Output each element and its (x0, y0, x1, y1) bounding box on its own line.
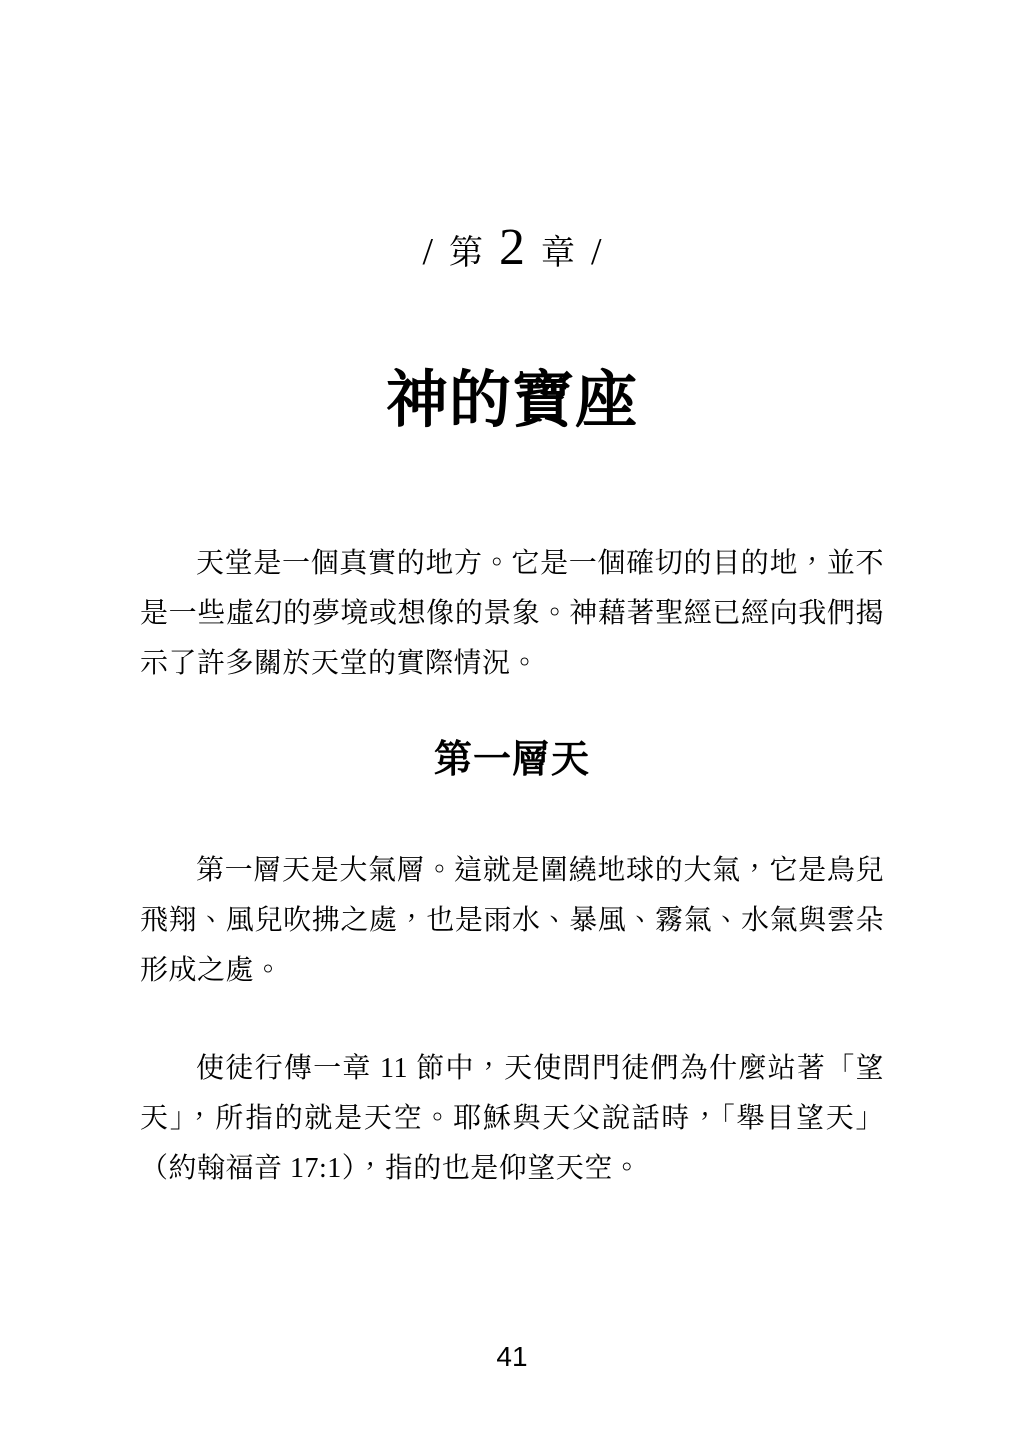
paragraph-acts-reference: 使徒行傳一章 11 節中，天使問門徒們為什麼站著「望天」，所指的就是天空。耶穌與… (140, 1044, 884, 1194)
chapter-label-post: 章 (541, 237, 575, 271)
paragraph-intro: 天堂是一個真實的地方。它是一個確切的目的地，並不是一些虛幻的夢境或想像的景象。神… (140, 539, 884, 689)
chapter-label-pre: 第 (449, 237, 483, 271)
book-page: / 第 2 章 / 神的寶座 天堂是一個真實的地方。它是一個確切的目的地，並不是… (0, 0, 1024, 1452)
paragraph-first-heaven: 第一層天是大氣層。這就是圍繞地球的大氣，它是鳥兒飛翔、風兒吹拂之處，也是雨水、暴… (140, 846, 884, 996)
chapter-slash-left: / (422, 233, 433, 271)
chapter-number: 2 (499, 222, 525, 274)
section-heading-first-heaven: 第一層天 (0, 740, 1024, 782)
page-number: 41 (0, 1340, 1024, 1374)
chapter-slash-right: / (591, 233, 602, 271)
chapter-header: / 第 2 章 / (0, 222, 1024, 274)
page-title: 神的寶座 (0, 366, 1024, 437)
